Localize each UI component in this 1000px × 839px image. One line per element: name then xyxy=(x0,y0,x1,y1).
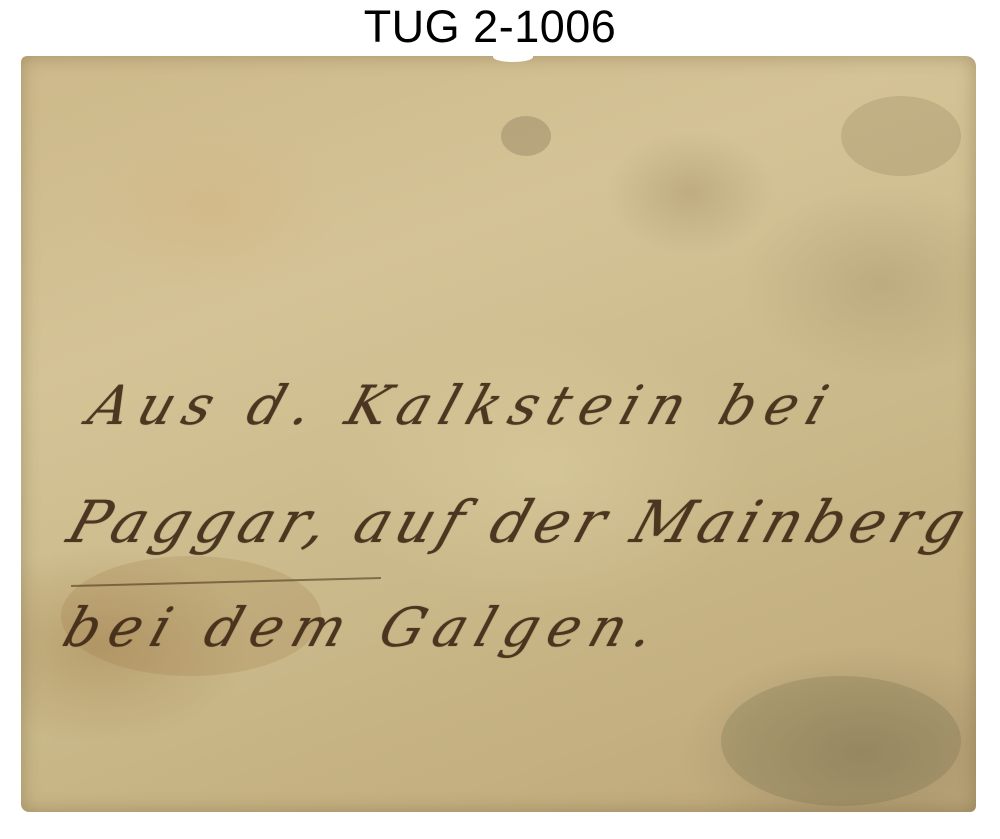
handwriting-line-2: Paggar, auf der Mainberg xyxy=(60,488,980,556)
specimen-label-paper: Aus d. Kalkstein bei Paggar, auf der Mai… xyxy=(21,56,976,812)
catalog-number-title: TUG 2-1006 xyxy=(0,2,980,52)
handwriting-line-1: Aus d. Kalkstein bei xyxy=(81,374,846,437)
handwritten-text: Aus d. Kalkstein bei Paggar, auf der Mai… xyxy=(21,56,976,812)
ink-underline-stroke xyxy=(71,577,381,587)
handwriting-line-3: bei dem Galgen. xyxy=(56,596,673,659)
